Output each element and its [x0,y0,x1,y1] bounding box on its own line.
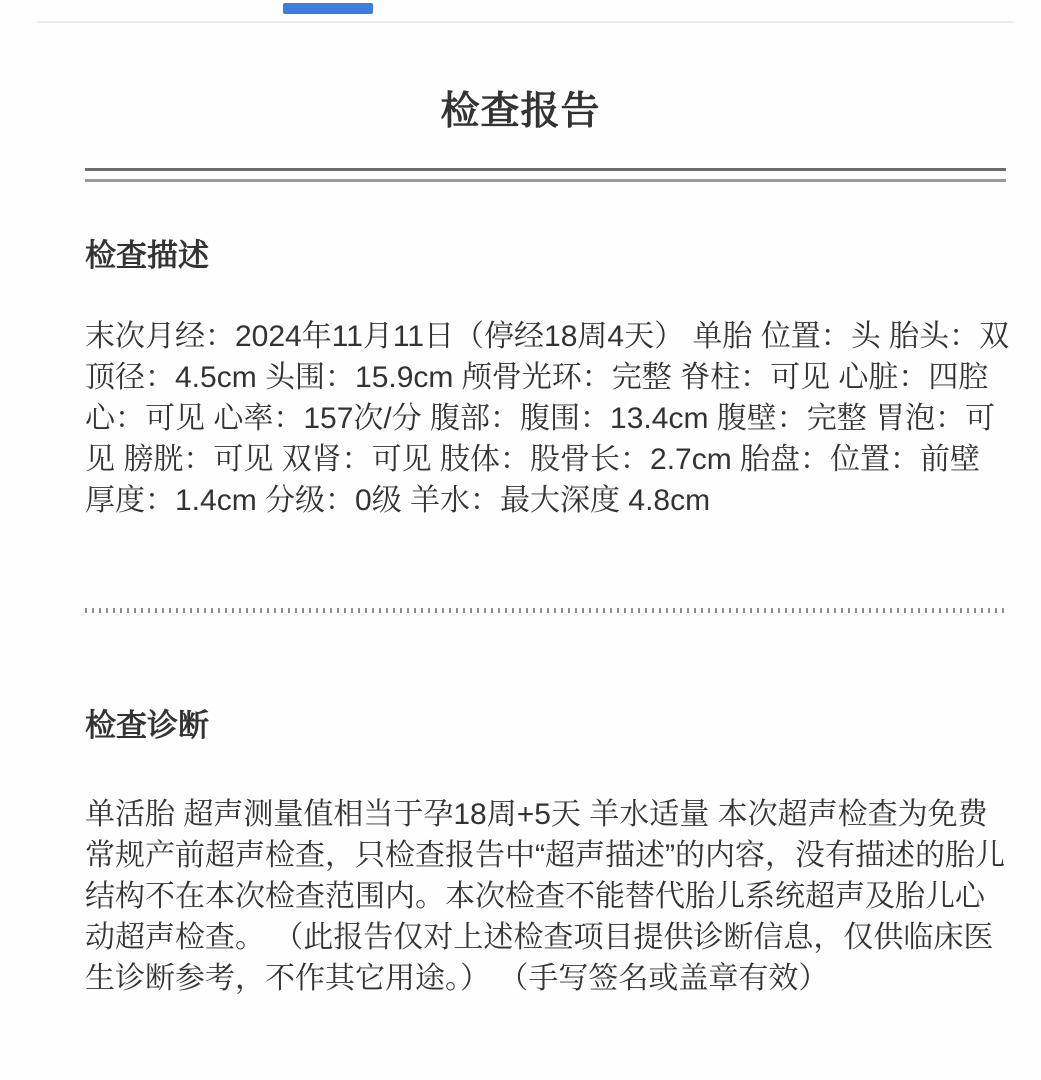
double-rule-top-line [85,168,1006,171]
dotted-divider [85,608,1006,613]
header-divider [37,21,1013,23]
double-rule-divider [85,168,1006,182]
active-tab-indicator[interactable] [283,3,373,14]
exam-description-heading: 检查描述 [85,230,209,275]
double-rule-bottom-line [85,179,1006,182]
exam-report-page: 检查报告 检查描述 末次月经：2024年11月11日（停经18周4天） 单胎 位… [0,0,1041,1080]
exam-diagnosis-heading: 检查诊断 [85,700,209,745]
exam-diagnosis-body: 单活胎 超声测量值相当于孕18周+5天 羊水适量 本次超声检查为免费常规产前超声… [85,794,1010,999]
exam-description-body: 末次月经：2024年11月11日（停经18周4天） 单胎 位置：头 胎头：双顶径… [85,316,1010,521]
page-title: 检查报告 [0,80,1041,136]
